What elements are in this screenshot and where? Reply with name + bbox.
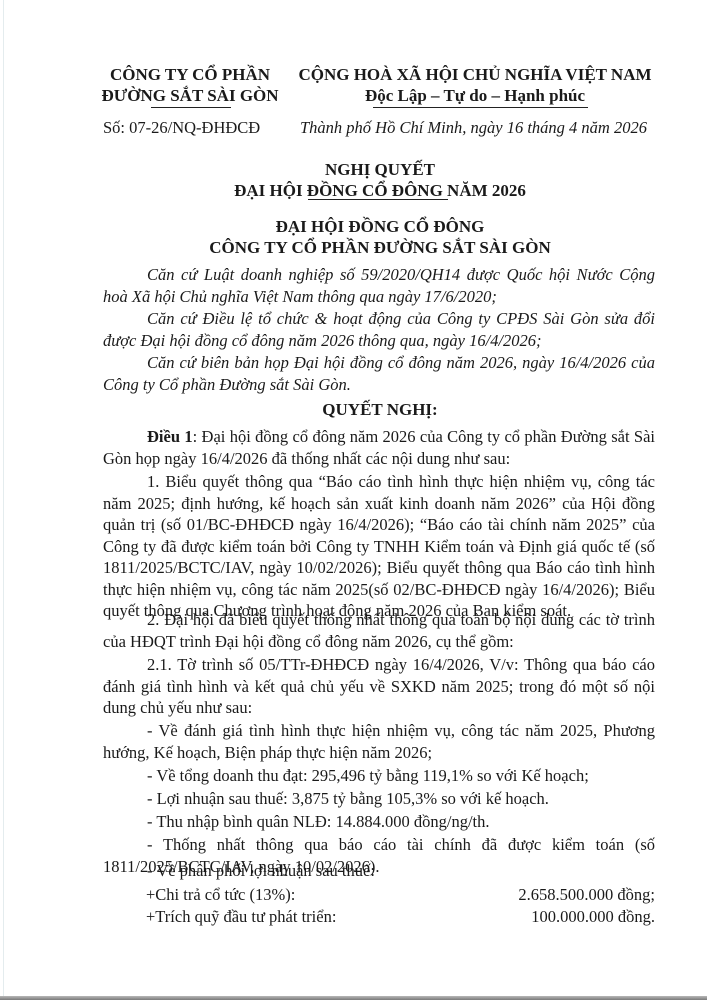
document-page: CÔNG TY CỔ PHẦN ĐƯỜNG SẮT SÀI GÒN CỘNG H…: [0, 0, 707, 1000]
bullet-2: - Về tổng doanh thu đạt: 295,496 tỷ bằng…: [103, 765, 655, 787]
item-2-1: 2.1. Tờ trình số 05/TTr-ĐHĐCĐ ngày 16/4/…: [103, 654, 655, 719]
national-motto: CỘNG HOÀ XÃ HỘI CHỦ NGHĨA VIỆT NAM Độc L…: [285, 64, 665, 106]
company-name-line1: CÔNG TY CỔ PHẦN: [100, 64, 280, 85]
legal-basis-3: Căn cứ biên bản họp Đại hội đồng cổ đông…: [103, 352, 655, 395]
title-line2: ĐẠI HỘI ĐỒNG CỔ ĐÔNG NĂM 2026: [90, 180, 670, 201]
article-1-label: Điều 1: [147, 427, 193, 446]
distribution-amount-investment-fund: 100.000.000 đồng.: [455, 907, 655, 927]
distribution-amount-dividend: 2.658.500.000 đồng;: [455, 885, 655, 905]
bullet-6: - Về phân phối lợi nhuận sau thuế:: [103, 860, 655, 882]
item-1: 1. Biểu quyết thông qua “Báo cáo tình hì…: [103, 471, 655, 622]
issuer-title: ĐẠI HỘI ĐỒNG CỔ ĐÔNG CÔNG TY CỔ PHẦN ĐƯỜ…: [90, 216, 670, 258]
bullet-3: - Lợi nhuận sau thuế: 3,875 tỷ bằng 105,…: [103, 788, 655, 810]
motto-underline: [373, 107, 588, 108]
issuer-line1: ĐẠI HỘI ĐỒNG CỔ ĐÔNG: [90, 216, 670, 237]
company-name: CÔNG TY CỔ PHẦN ĐƯỜNG SẮT SÀI GÒN: [100, 64, 280, 106]
company-underline: [151, 107, 231, 108]
item-2: 2. Đại hội đã biểu quyết thống nhất thôn…: [103, 609, 655, 652]
bullet-1: - Về đánh giá tình hình thực hiện nhiệm …: [103, 720, 655, 763]
distribution-label-dividend: +Chi trả cổ tức (13%):: [146, 885, 295, 905]
resolution-heading: QUYẾT NGHỊ:: [90, 399, 670, 420]
issuer-line2: CÔNG TY CỔ PHẦN ĐƯỜNG SẮT SÀI GÒN: [90, 237, 670, 258]
company-name-line2: ĐƯỜNG SẮT SÀI GÒN: [100, 85, 280, 106]
page-left-edge: [3, 0, 4, 997]
title-line1: NGHỊ QUYẾT: [90, 159, 670, 180]
document-title: NGHỊ QUYẾT ĐẠI HỘI ĐỒNG CỔ ĐÔNG NĂM 2026: [90, 159, 670, 201]
distribution-label-investment-fund: +Trích quỹ đầu tư phát triển:: [146, 907, 336, 927]
article-1: Điều 1: Đại hội đồng cổ đông năm 2026 củ…: [103, 426, 655, 469]
place-and-date: Thành phố Hồ Chí Minh, ngày 16 tháng 4 n…: [300, 118, 647, 138]
motto: Độc Lập – Tự do – Hạnh phúc: [285, 85, 665, 106]
page-bottom-edge: [0, 996, 707, 1000]
nation-name: CỘNG HOÀ XÃ HỘI CHỦ NGHĨA VIỆT NAM: [285, 64, 665, 85]
document-number: Số: 07-26/NQ-ĐHĐCĐ: [103, 118, 260, 138]
legal-basis-2: Căn cứ Điều lệ tổ chức & hoạt động của C…: [103, 308, 655, 351]
title-underline: [308, 199, 448, 200]
legal-basis-1: Căn cứ Luật doanh nghiệp số 59/2020/QH14…: [103, 264, 655, 307]
bullet-4: - Thu nhập bình quân NLĐ: 14.884.000 đồn…: [103, 811, 655, 833]
